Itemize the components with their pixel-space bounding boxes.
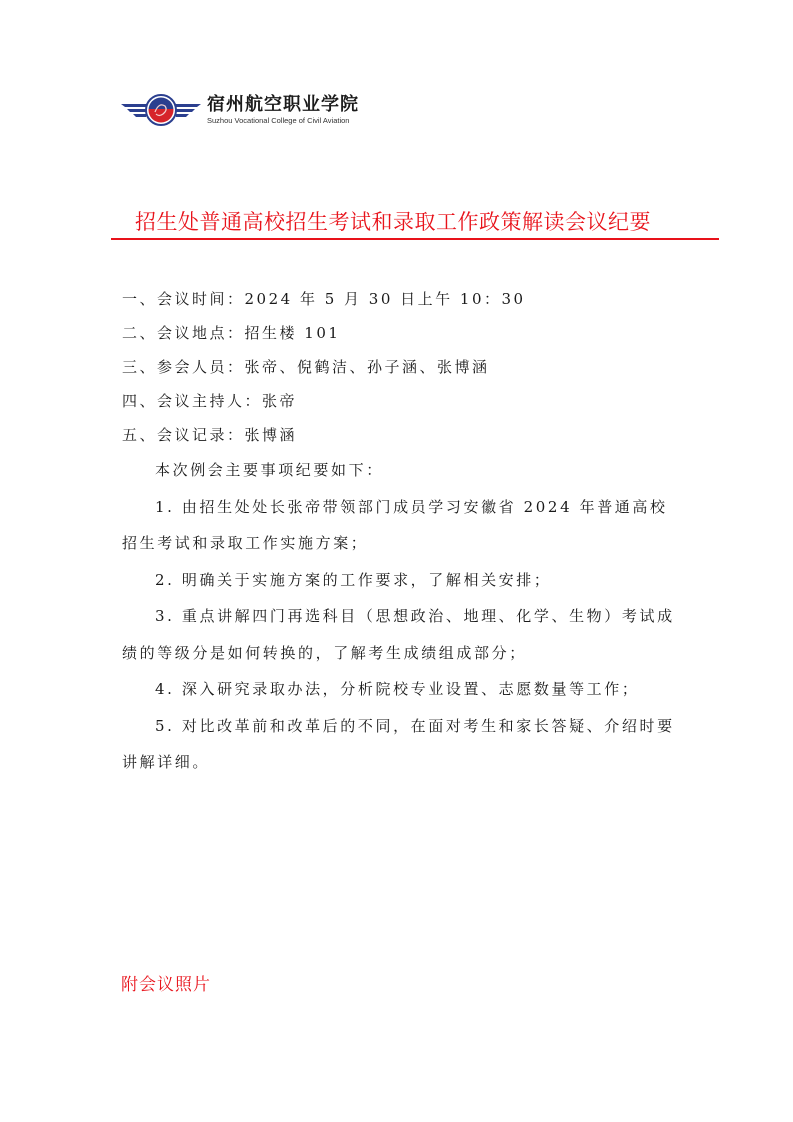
meeting-host: 四、会议主持人：张帝	[122, 384, 526, 418]
minutes-item: 5. 对比改革前和改革后的不同，在面对考生和家长答疑、介绍时要讲解详细。	[122, 708, 684, 781]
meta-value: 张帝	[262, 392, 297, 410]
meta-value: 招生楼 101	[245, 324, 341, 342]
meta-label: 四、会议主持人：	[122, 392, 262, 410]
college-name-en: Suzhou Vocational College of Civil Aviat…	[207, 116, 359, 125]
college-logo: 宿州航空职业学院 Suzhou Vocational College of Ci…	[119, 92, 359, 128]
minutes-item: 2. 明确关于实施方案的工作要求，了解相关安排；	[122, 562, 684, 599]
title-divider	[111, 238, 719, 240]
meta-label: 二、会议地点：	[122, 324, 245, 342]
meeting-recorder: 五、会议记录：张博涵	[122, 418, 526, 452]
document-title: 招生处普通高校招生考试和录取工作政策解读会议纪要	[135, 206, 651, 236]
meta-label: 五、会议记录：	[122, 426, 245, 444]
meeting-location: 二、会议地点：招生楼 101	[122, 316, 526, 350]
meta-label: 三、参会人员：	[122, 358, 245, 376]
meta-value: 张帝、倪鹤洁、孙子涵、张博涵	[245, 358, 490, 376]
minutes-item: 1. 由招生处处长张帝带领部门成员学习安徽省 2024 年普通高校招生考试和录取…	[122, 489, 684, 562]
minutes-body: 本次例会主要事项纪要如下： 1. 由招生处处长张帝带领部门成员学习安徽省 202…	[122, 452, 684, 781]
meeting-attendees: 三、参会人员：张帝、倪鹤洁、孙子涵、张博涵	[122, 350, 526, 384]
meeting-time: 一、会议时间：2024 年 5 月 30 日上午 10：30	[122, 282, 526, 316]
minutes-item: 3. 重点讲解四门再选科目（思想政治、地理、化学、生物）考试成绩的等级分是如何转…	[122, 598, 684, 671]
appendix-heading: 附会议照片	[121, 970, 211, 995]
meta-value: 张博涵	[245, 426, 298, 444]
meta-label: 一、会议时间：	[122, 290, 245, 308]
minutes-item: 4. 深入研究录取办法，分析院校专业设置、志愿数量等工作；	[122, 671, 684, 708]
college-name-cn: 宿州航空职业学院	[207, 95, 359, 115]
minutes-intro: 本次例会主要事项纪要如下：	[122, 452, 684, 489]
meeting-info-list: 一、会议时间：2024 年 5 月 30 日上午 10：30 二、会议地点：招生…	[122, 282, 526, 452]
wings-emblem-icon	[119, 92, 203, 128]
meta-value: 2024 年 5 月 30 日上午 10：30	[245, 290, 526, 308]
